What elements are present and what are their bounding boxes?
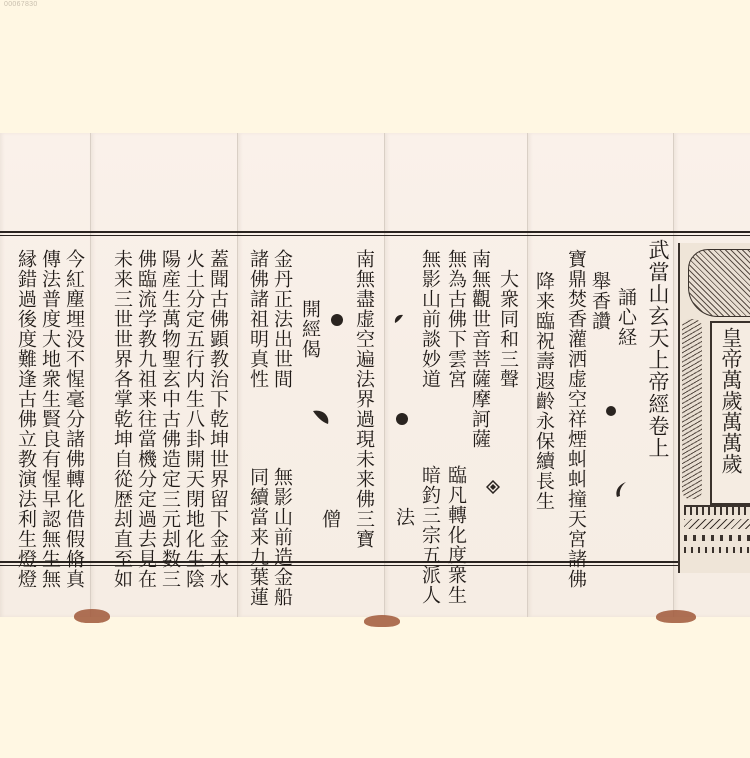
wheel-ornament-icon [396, 413, 408, 425]
text-column: 佛臨流学教九祖来往當機分定過去見在 [136, 249, 156, 589]
text-column: 開經偈 [300, 299, 320, 359]
text-column: 南無觀世音菩薩摩訶薩 [470, 249, 490, 449]
plaque-pedestal [684, 505, 750, 567]
top-border-rule-inner [0, 235, 750, 236]
text-column: 降来臨祝壽遐齡永保續長生 [534, 271, 554, 511]
text-column: 武當山玄天上帝經卷上 [648, 239, 668, 459]
text-column: 未来三世世界各掌乾坤自從歴刦直至如 [112, 249, 132, 589]
text-column: 火土分定五行内生八卦開天閉地化生陰 [184, 249, 204, 589]
stain-mark [74, 609, 110, 623]
cloud-pattern-icon [682, 319, 702, 499]
text-column: 同續當来九葉蓮 [248, 467, 268, 607]
text-column: 暗釣三宗五派人 [420, 465, 440, 605]
text-column: 金丹正法出世間 [272, 249, 292, 389]
catalog-id: 00067830 [4, 1, 38, 8]
text-column: 蓋聞古佛顕教治下乾坤世界留下金木水 [208, 249, 228, 589]
text-column: 諸佛諸祖明真性 [248, 249, 268, 389]
conch-ornament-icon [392, 311, 404, 323]
pearl-ornament-icon [331, 314, 343, 326]
text-column: 今紅塵埋没不惺毫分諸佛轉化借假脩真 [64, 249, 84, 589]
text-column: 縁錯過後度難逢古佛立教演法利生燈燈 [16, 249, 36, 589]
text-column: 大衆同和三聲 [498, 269, 518, 389]
text-column: 僧 [320, 509, 340, 529]
diamond-ornament-icon [486, 479, 498, 491]
leaf-ornament-icon [312, 409, 324, 421]
dragon-crest-icon [688, 249, 750, 317]
text-column: 無為古佛下雲宮 [446, 249, 466, 389]
text-column: 誦心経 [616, 287, 636, 347]
top-border-rule [0, 231, 750, 233]
text-column: 舉香讚 [590, 271, 610, 331]
text-column: 臨凡轉化度衆生 [446, 465, 466, 605]
plaque-inner-frame: 皇帝萬歲萬萬歲 [710, 321, 750, 505]
text-column: 無影山前造金船 [272, 467, 292, 607]
text-column: 法 [394, 507, 414, 527]
stain-mark [656, 610, 696, 623]
imperial-plaque: 皇帝萬歲萬萬歲 [678, 243, 750, 573]
bell-ornament-icon [606, 406, 616, 416]
text-column: 傳法普度大地衆生賢良有惺早認無生無 [40, 249, 60, 589]
text-column: 南無盡虚空遍法界過現未来佛三寶 [354, 249, 374, 549]
plaque-inscription: 皇帝萬歲萬萬歲 [720, 327, 742, 474]
horn-ornament-icon [612, 481, 624, 493]
text-column: 寶鼎焚香灌洒虚空祥煙虯虯撞天宮諸佛 [566, 249, 586, 589]
text-column: 陽産生萬物聖玄中古佛造定三元刦数三 [160, 249, 180, 589]
stain-mark [364, 615, 400, 627]
text-column: 無影山前談妙道 [420, 249, 440, 389]
scroll-document: 武當山玄天上帝經卷上誦心経舉香讚寶鼎焚香灌洒虚空祥煙虯虯撞天宮諸佛降来臨祝壽遐齡… [0, 133, 750, 623]
